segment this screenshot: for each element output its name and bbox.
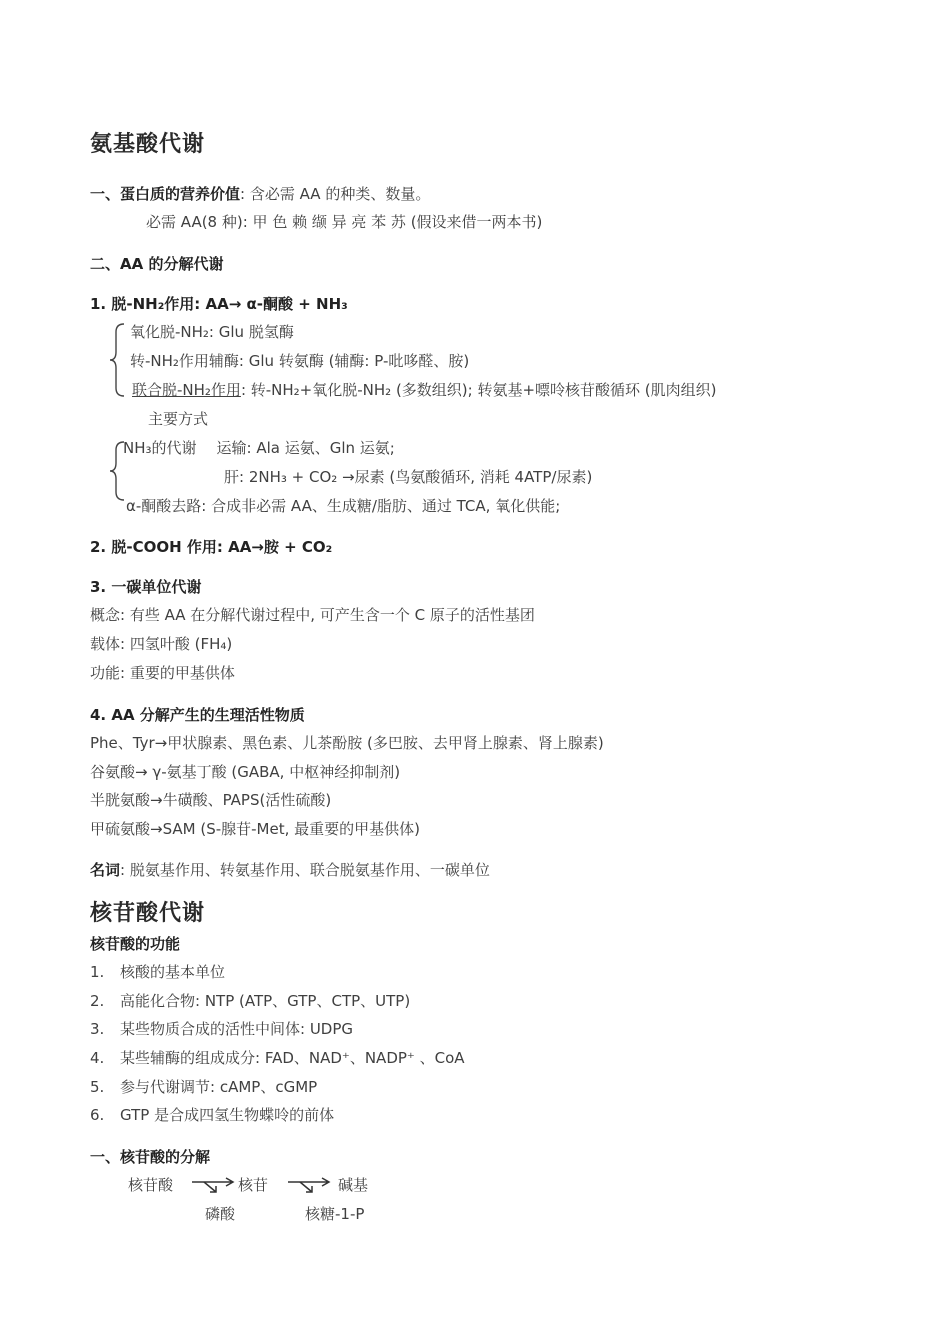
part1-line: 一、蛋白质的营养价值: 含必需 AA 的种类、数量。 [90, 183, 430, 204]
function-item: 4.某些辅酶的组成成分: FAD、NAD⁺、NADP⁺ 、CoA [90, 1047, 465, 1068]
nh3-metabolism-line: NH₃的代谢运输: Ala 运氨、Gln 运氨; [123, 437, 395, 458]
part1-heading: 一、蛋白质的营养价值 [90, 185, 240, 203]
nh3-transport: 运输: Ala 运氨、Gln 运氨; [217, 439, 395, 457]
function-item: 1.核酸的基本单位 [90, 961, 225, 982]
main-way-note: 主要方式 [148, 408, 208, 429]
combined-deamination-line: 联合脱-NH₂作用: 转-NH₂+氧化脱-NH₂ (多数组织); 转氨基+嘌呤核… [132, 379, 717, 400]
section-title-amino-acid: 氨基酸代谢 [90, 127, 205, 158]
function-item: 5.参与代谢调节: cAMP、cGMP [90, 1076, 317, 1097]
function-text: 某些辅酶的组成成分: FAD、NAD⁺、NADP⁺ 、CoA [120, 1049, 465, 1067]
pathway-nucleoside: 核苷 [238, 1174, 268, 1195]
item4-heading: 4. AA 分解产生的生理活性物质 [90, 704, 305, 725]
branch-arrow-icon [190, 1174, 236, 1196]
oxidative-deamination: 氧化脱-NH₂: Glu 脱氢酶 [130, 321, 294, 342]
pathway-phosphate: 磷酸 [205, 1203, 235, 1224]
item1-heading: 1. 脱-NH₂作用: AA→ α-酮酸 + NH₃ [90, 293, 348, 314]
active-substance-line: 半胱氨酸→牛磺酸、PAPS(活性硫酸) [90, 789, 331, 810]
section-title-nucleotide: 核苷酸代谢 [90, 896, 205, 927]
part1-text: : 含必需 AA 的种类、数量。 [240, 185, 430, 203]
one-carbon-carrier: 载体: 四氢叶酸 (FH₄) [90, 633, 232, 654]
function-item: 3.某些物质合成的活性中间体: UDPG [90, 1018, 353, 1039]
combined-deamination-label: 联合脱-NH₂作用 [132, 381, 241, 399]
terms-line: 名词: 脱氨基作用、转氨基作用、联合脱氨基作用、一碳单位 [90, 859, 490, 880]
one-carbon-function: 功能: 重要的甲基供体 [90, 662, 235, 683]
left-brace-icon [108, 322, 126, 398]
function-num: 6. [90, 1106, 120, 1124]
terms-label: 名词 [90, 861, 120, 879]
combined-deamination-text: : 转-NH₂+氧化脱-NH₂ (多数组织); 转氨基+嘌呤核苷酸循环 (肌肉组… [241, 381, 717, 399]
terms-text: : 脱氨基作用、转氨基作用、联合脱氨基作用、一碳单位 [120, 861, 490, 879]
function-text: 核酸的基本单位 [120, 963, 225, 981]
function-item: 6.GTP 是合成四氢生物蝶呤的前体 [90, 1104, 334, 1125]
decomposition-heading: 一、核苷酸的分解 [90, 1146, 210, 1167]
pathway-ribose-1p: 核糖-1-P [305, 1203, 364, 1224]
function-text: GTP 是合成四氢生物蝶呤的前体 [120, 1106, 334, 1124]
essential-aa-line: 必需 AA(8 种): 甲 色 赖 缬 异 亮 苯 苏 (假设来借一两本书) [146, 211, 542, 232]
pathway-nucleotide: 核苷酸 [128, 1174, 173, 1195]
liver-urea: 肝: 2NH₃ + CO₂ →尿素 (鸟氨酸循环, 消耗 4ATP/尿素) [224, 466, 592, 487]
branch-arrow-icon [286, 1174, 332, 1196]
active-substance-line: 谷氨酸→ γ-氨基丁酸 (GABA, 中枢神经抑制剂) [90, 761, 400, 782]
item3-heading: 3. 一碳单位代谢 [90, 576, 201, 597]
pathway-base: 碱基 [338, 1174, 368, 1195]
function-num: 1. [90, 963, 120, 981]
function-num: 5. [90, 1078, 120, 1096]
keto-acid-fate: α-酮酸去路: 合成非必需 AA、生成糖/脂肪、通过 TCA, 氧化供能; [126, 495, 560, 516]
active-substance-line: Phe、Tyr→甲状腺素、黑色素、儿茶酚胺 (多巴胺、去甲肾上腺素、肾上腺素) [90, 732, 604, 753]
function-text: 某些物质合成的活性中间体: UDPG [120, 1020, 353, 1038]
one-carbon-concept: 概念: 有些 AA 在分解代谢过程中, 可产生含一个 C 原子的活性基团 [90, 604, 535, 625]
function-num: 3. [90, 1020, 120, 1038]
part2-heading: 二、AA 的分解代谢 [90, 253, 223, 274]
nh3-metabolism-label: NH₃的代谢 [123, 439, 197, 457]
item2-heading: 2. 脱-COOH 作用: AA→胺 + CO₂ [90, 536, 332, 557]
function-item: 2.高能化合物: NTP (ATP、GTP、CTP、UTP) [90, 990, 410, 1011]
transamination: 转-NH₂作用辅酶: Glu 转氨酶 (辅酶: P-吡哆醛、胺) [130, 350, 469, 371]
nucleotide-functions-heading: 核苷酸的功能 [90, 933, 180, 954]
function-text: 参与代谢调节: cAMP、cGMP [120, 1078, 317, 1096]
function-num: 2. [90, 992, 120, 1010]
active-substance-line: 甲硫氨酸→SAM (S-腺苷-Met, 最重要的甲基供体) [90, 818, 420, 839]
function-num: 4. [90, 1049, 120, 1067]
function-text: 高能化合物: NTP (ATP、GTP、CTP、UTP) [120, 992, 410, 1010]
